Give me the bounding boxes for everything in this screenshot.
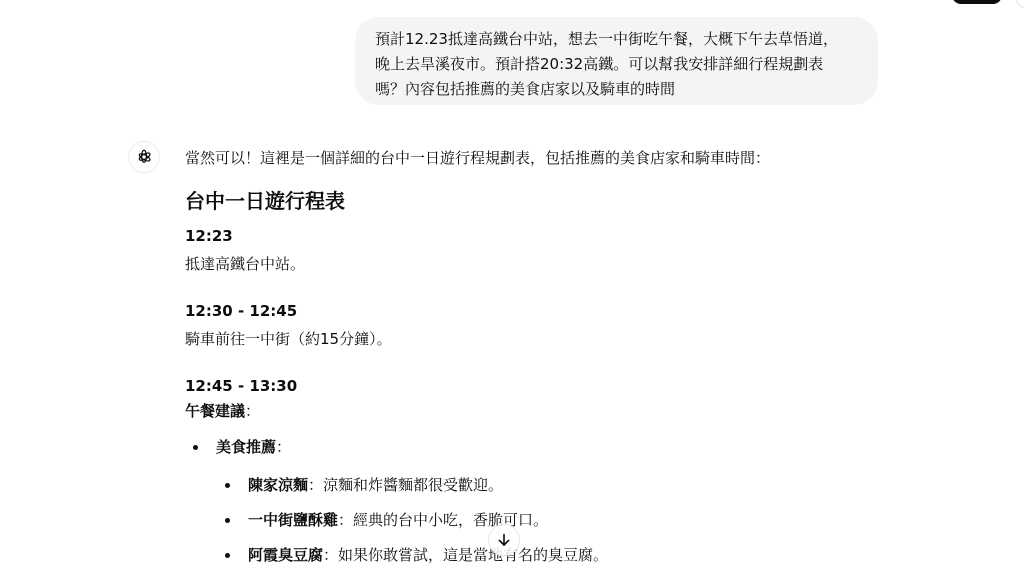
itinerary-section: 12:30 - 12:45 騎車前往一中街（約15分鐘）。: [185, 300, 885, 351]
food-item-name: 陳家涼麵: [248, 476, 308, 494]
food-list-heading: 美食推薦： 陳家涼麵：涼麵和炸醬麵都很受歡迎。 一中街鹽酥雞：經典的台中小吃，香…: [185, 435, 885, 567]
food-item-name: 阿霞臭豆腐: [248, 546, 323, 564]
itinerary-heading: 台中一日遊行程表: [185, 188, 885, 214]
section-desc: 抵達高鐵台中站。: [185, 252, 885, 276]
user-message-line: 預計12.23抵達高鐵台中站，想去一中街吃午餐，大概下午去草悟道，: [375, 27, 858, 52]
section-time: 12:23: [185, 225, 885, 247]
arrow-down-icon: [496, 532, 512, 548]
food-item: 阿霞臭豆腐：如果你敢嘗試，這是當地有名的臭豆腐。: [185, 543, 885, 567]
section-desc: 午餐建議：: [185, 399, 885, 423]
food-list-colon: ：: [276, 438, 291, 456]
food-item-name: 一中街鹽酥雞: [248, 511, 338, 529]
food-item-text: ：如果你敢嘗試，這是當地有名的臭豆腐。: [323, 546, 608, 564]
food-item: 陳家涼麵：涼麵和炸醬麵都很受歡迎。: [185, 473, 885, 497]
lunch-label: 午餐建議: [185, 402, 245, 420]
user-message-line: 嗎？內容包括推薦的美食店家以及騎車的時間: [375, 77, 858, 102]
assistant-message: 當然可以！這裡是一個詳細的台中一日遊行程規劃表，包括推薦的美食店家和騎車時間： …: [185, 146, 885, 567]
section-desc: 騎車前往一中街（約15分鐘）。: [185, 327, 885, 351]
top-button[interactable]: [952, 0, 1002, 4]
food-list-label: 美食推薦: [216, 438, 276, 456]
food-item-text: ：涼麵和炸醬麵都很受歡迎。: [308, 476, 503, 494]
top-edge-control[interactable]: [1016, 0, 1024, 8]
itinerary-section: 12:23 抵達高鐵台中站。: [185, 225, 885, 276]
food-items: 陳家涼麵：涼麵和炸醬麵都很受歡迎。 一中街鹽酥雞：經典的台中小吃，香脆可口。 阿…: [216, 473, 885, 567]
assistant-avatar: [128, 141, 160, 173]
food-item: 一中街鹽酥雞：經典的台中小吃，香脆可口。: [185, 508, 885, 532]
user-message-bubble: 預計12.23抵達高鐵台中站，想去一中街吃午餐，大概下午去草悟道， 晚上去旱溪夜…: [355, 17, 878, 105]
food-list: 美食推薦： 陳家涼麵：涼麵和炸醬麵都很受歡迎。 一中街鹽酥雞：經典的台中小吃，香…: [185, 435, 885, 567]
section-time: 12:45 - 13:30: [185, 375, 885, 397]
scroll-to-bottom-button[interactable]: [488, 524, 520, 556]
openai-logo-icon: [135, 148, 153, 166]
assistant-intro: 當然可以！這裡是一個詳細的台中一日遊行程規劃表，包括推薦的美食店家和騎車時間：: [185, 146, 885, 170]
lunch-colon: ：: [245, 402, 260, 420]
food-item-text: ：經典的台中小吃，香脆可口。: [338, 511, 548, 529]
section-time: 12:30 - 12:45: [185, 300, 885, 322]
itinerary-section: 12:45 - 13:30 午餐建議：: [185, 375, 885, 423]
user-message-line: 晚上去旱溪夜市。預計搭20:32高鐵。可以幫我安排詳細行程規劃表: [375, 52, 858, 77]
